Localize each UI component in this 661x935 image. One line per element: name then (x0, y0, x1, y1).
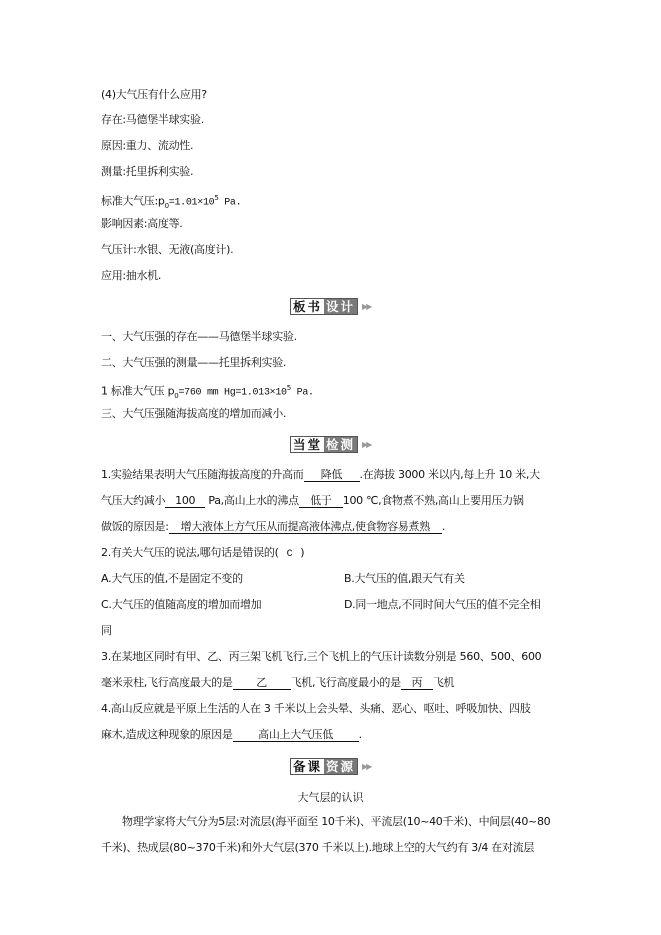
board-item-3: 三、大气压强随海拔高度的增加而减小. (101, 407, 286, 421)
q1-line-3: 做饭的原因是:增大液体上方气压从而提高液体沸点,使食物容易煮熟. (101, 520, 445, 534)
q1-answer-3: 低于 (299, 494, 343, 508)
q1-answer-2: 100 (165, 494, 205, 508)
measurement-line: 测量:托里拆利实验. (101, 165, 193, 179)
q1-text: 做饭的原因是: (101, 520, 169, 533)
barometer-line: 气压计:水银、无液(高度计). (101, 243, 233, 257)
q1-answer-1: 降低 (304, 468, 360, 482)
q2-option-d: D.同一地点,不同时间大气压的值不完全相 (344, 598, 540, 612)
q2-answer: C (279, 549, 301, 560)
formula-value: =760 mm Hg=1.013×10 (178, 388, 286, 399)
board-design-heading: 板书 设计 ▶▶ (290, 298, 370, 315)
double-arrow-icon: ▶▶ (362, 762, 370, 771)
standard-value: =1.01×10 (169, 198, 215, 209)
classroom-test-heading: 当堂 检测 ▶▶ (290, 436, 370, 453)
q2-text: ) (300, 546, 304, 559)
q1-line-2: 气压大约减小100 Pa,高山上水的沸点低于100 ℃,食物煮不熟,高山上要用压… (101, 494, 524, 508)
badge-right-text: 设计 (324, 299, 357, 314)
q1-line-1: 1.实验结果表明大气压随海拔高度的升高而降低.在海拔 3000 米以内,每上升 … (101, 468, 540, 482)
double-arrow-icon: ▶▶ (362, 302, 370, 311)
q1-text: .在海拔 3000 米以内,每上升 10 米,大 (360, 468, 540, 481)
board-item-2: 二、大气压强的测量——托里拆利实验. (101, 356, 286, 370)
q4-line-2: 麻木,造成这种现象的原因是高山上大气压低. (101, 728, 362, 742)
q3-text: 飞机,飞行高度最小的是 (291, 676, 401, 689)
q1-text: 气压大约减小 (101, 494, 165, 507)
factors-line: 影响因素:高度等. (101, 217, 183, 231)
badge-left-text: 板书 (291, 299, 324, 314)
q1-text: 100 ℃,食物煮不熟,高山上要用压力锅 (343, 494, 524, 507)
formula-unit: Pa. (291, 388, 314, 399)
badge-right-text: 检测 (324, 437, 357, 452)
q1-answer-4: 增大液体上方气压从而提高液体沸点,使食物容易煮熟 (169, 520, 442, 534)
double-arrow-icon: ▶▶ (362, 440, 370, 449)
q1-text: 1.实验结果表明大气压随海拔高度的升高而 (101, 468, 304, 481)
board-formula-line: 1 标准大气压 p0=760 mm Hg=1.013×105 Pa. (101, 381, 314, 403)
q4-answer: 高山上大气压低 (233, 728, 359, 742)
formula-prefix: 1 标准大气压 p (101, 385, 174, 398)
q4-text: . (359, 728, 362, 741)
q2-option-b: B.大气压的值,跟天气有关 (344, 572, 465, 586)
q3-answer-1: 乙 (233, 676, 291, 690)
badge-left-text: 当堂 (291, 437, 324, 452)
resources-badge: 备课 资源 (290, 758, 358, 775)
board-design-badge: 板书 设计 (290, 298, 358, 315)
q4-line-1: 4.高山反应就是平原上生活的人在 3 千米以上会头晕、头痛、恶心、呕吐、呼吸加快… (101, 702, 531, 716)
cause-line: 原因:重力、流动性. (101, 139, 193, 153)
document-page: (4)大气压有什么应用? 存在:马德堡半球实验. 原因:重力、流动性. 测量:托… (0, 0, 661, 935)
resources-heading: 备课 资源 ▶▶ (290, 758, 370, 775)
badge-left-text: 备课 (291, 759, 324, 774)
resources-paragraph-line-1: 物理学家将大气分为5层:对流层(海平面至 10千米)、平流层(10~40千米)、… (122, 815, 550, 829)
resources-paragraph-line-2: 千米)、热成层(80~370千米)和外大气层(370 千米以上).地球上空的大气… (101, 841, 534, 855)
standard-pressure-line: 标准大气压:p0=1.01×105 Pa. (101, 191, 241, 213)
q3-answer-2: 丙 (401, 676, 433, 690)
question-heading: (4)大气压有什么应用? (101, 88, 207, 102)
q2-option-d-cont: 同 (101, 624, 112, 638)
q2-stem: 2.有关大气压的说法,哪句话是错误的(C) (101, 546, 304, 562)
q4-text: 麻木,造成这种现象的原因是 (101, 728, 233, 741)
q3-text: 飞机 (433, 676, 454, 689)
q1-text: Pa,高山上水的沸点 (205, 494, 299, 507)
q2-option-c: C.大气压的值随高度的增加而增加 (101, 598, 261, 612)
standard-unit: Pa. (219, 198, 242, 209)
q2-text: 2.有关大气压的说法,哪句话是错误的( (101, 546, 279, 559)
q3-text: 毫米汞柱,飞行高度最大的是 (101, 676, 233, 689)
q3-line-2: 毫米汞柱,飞行高度最大的是乙飞机,飞行高度最小的是丙飞机 (101, 676, 454, 690)
q2-option-a: A.大气压的值,不是固定不变的 (101, 572, 243, 586)
board-item-1: 一、大气压强的存在——马德堡半球实验. (101, 330, 297, 344)
existence-line: 存在:马德堡半球实验. (101, 113, 204, 127)
use-line: 应用:抽水机. (101, 269, 161, 283)
q1-text: . (442, 520, 445, 533)
resources-title: 大气层的认识 (0, 789, 661, 805)
badge-right-text: 资源 (324, 759, 357, 774)
standard-prefix: 标准大气压:p (101, 195, 165, 208)
q3-line-1: 3.在某地区同时有甲、乙、丙三架飞机飞行,三个飞机上的气压计读数分别是 560、… (101, 650, 541, 664)
classroom-test-badge: 当堂 检测 (290, 436, 358, 453)
